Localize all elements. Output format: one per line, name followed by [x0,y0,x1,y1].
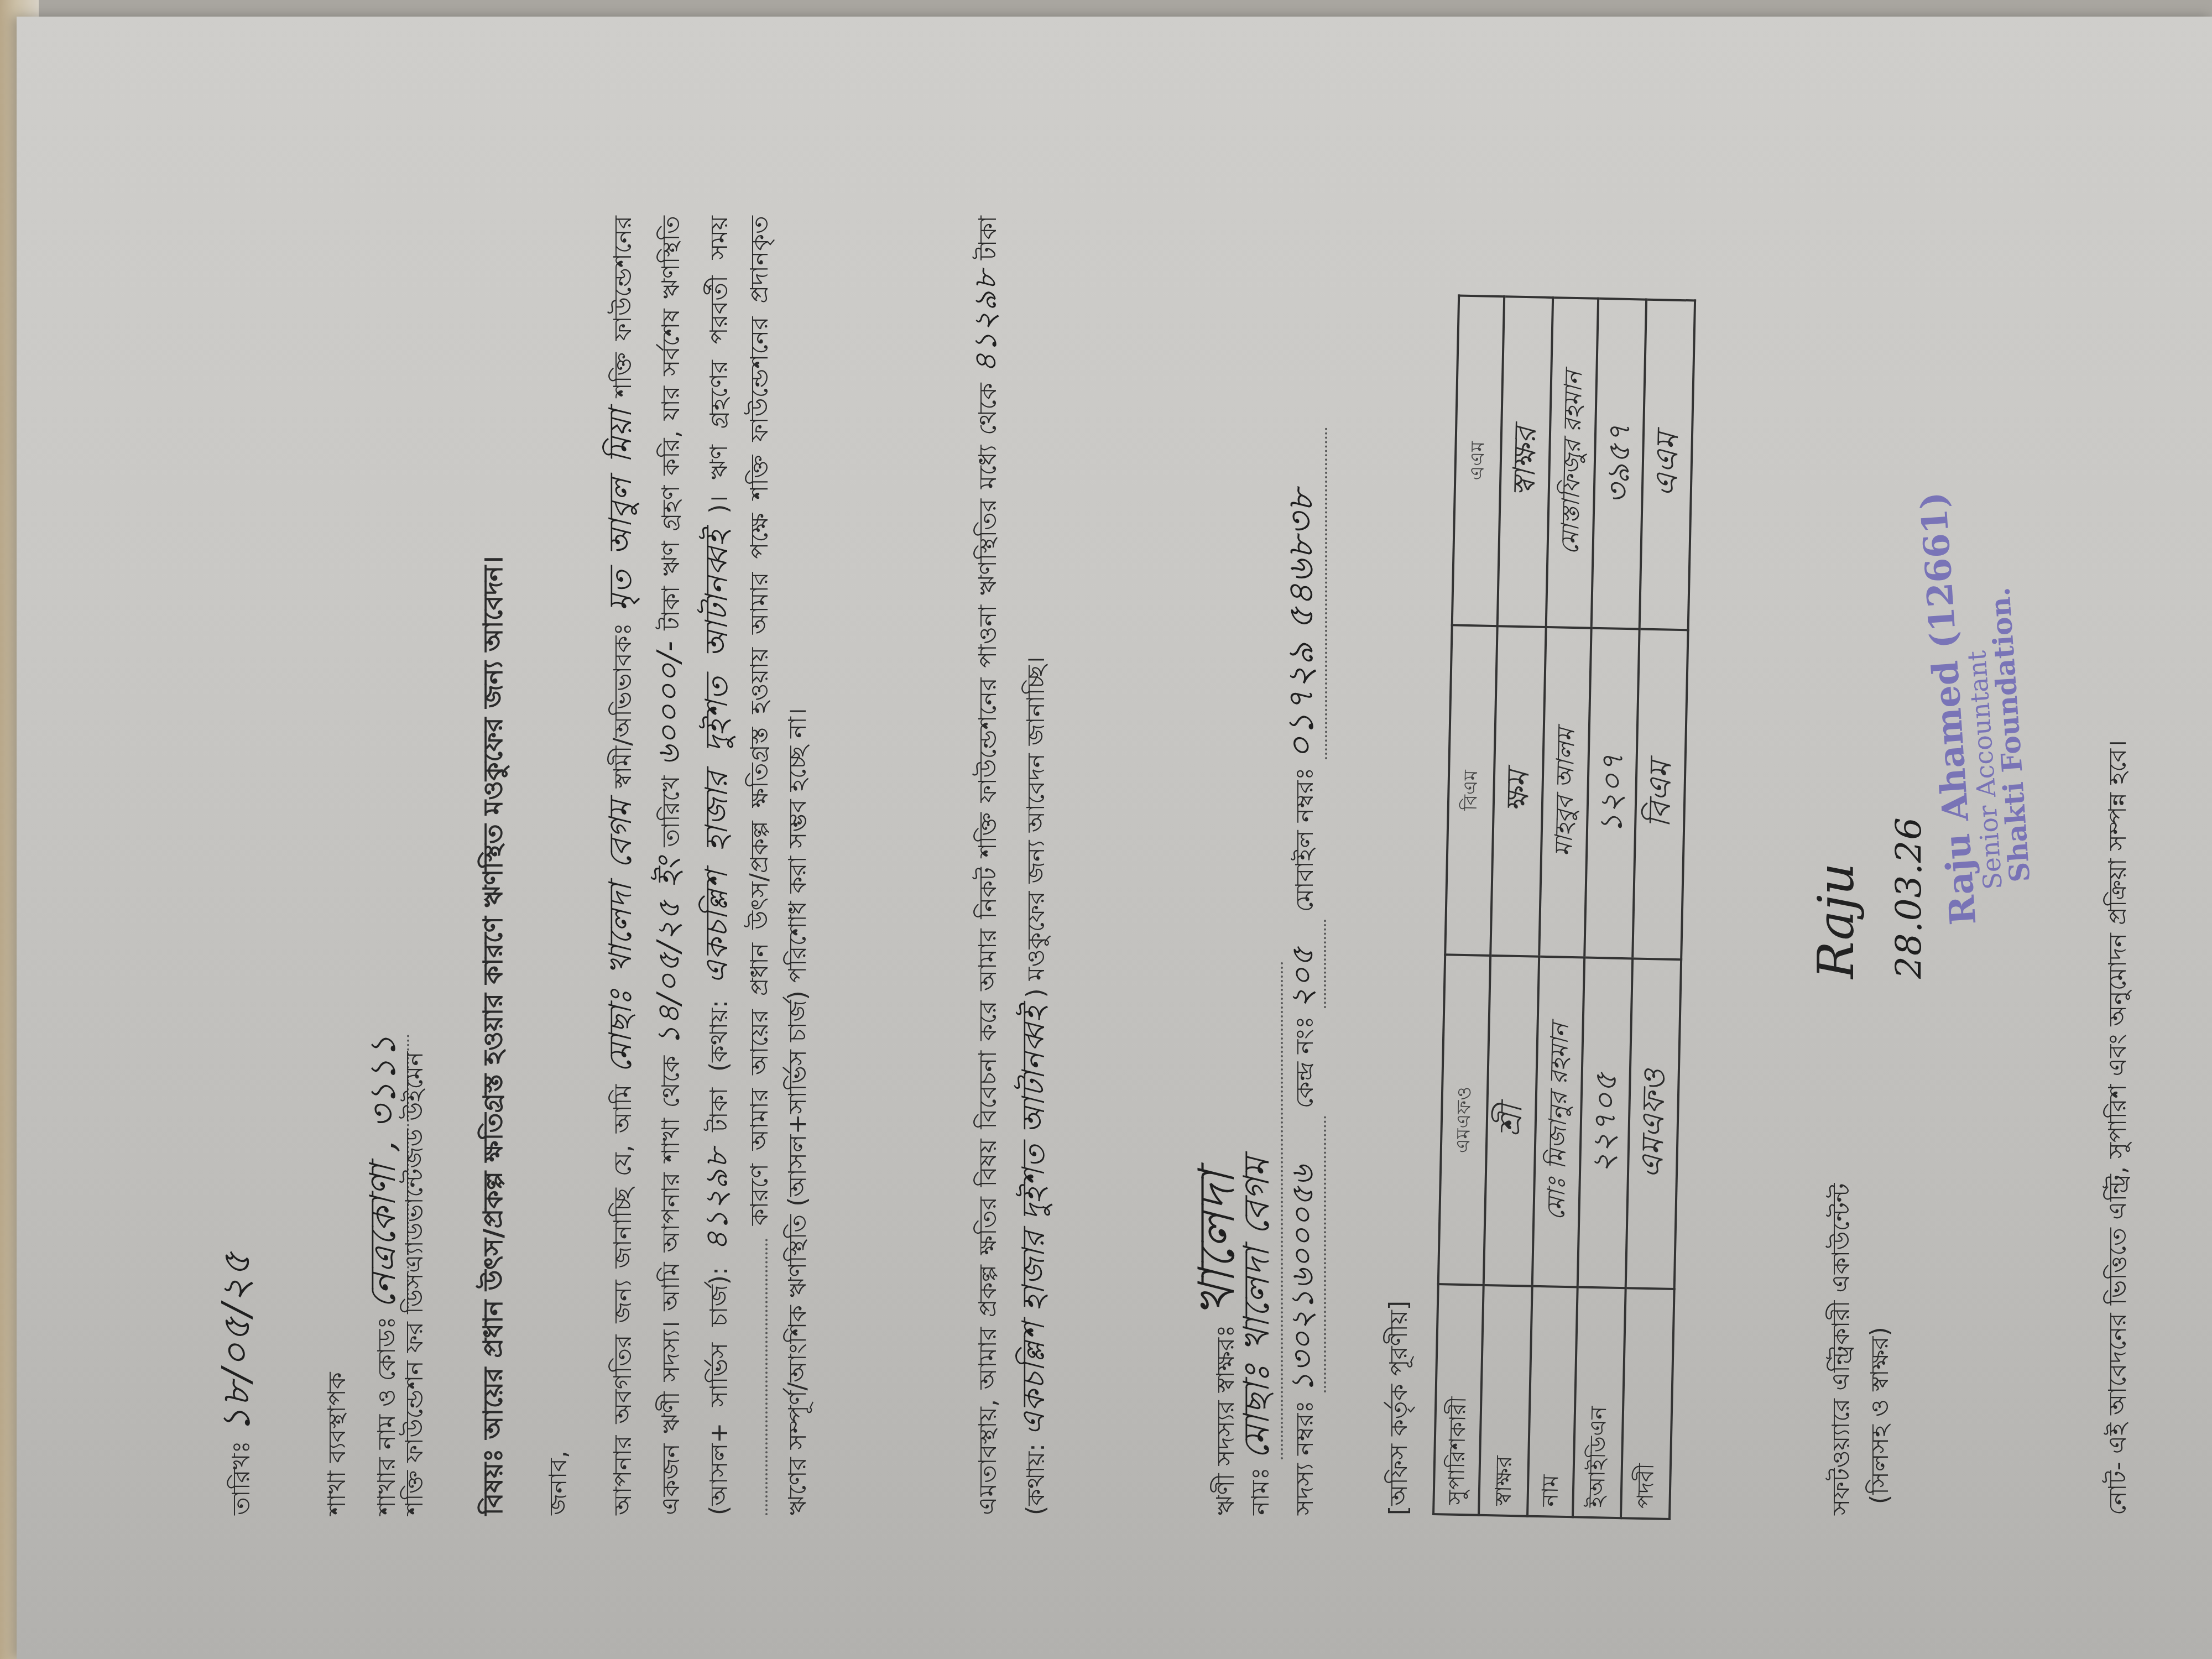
office-section-label: [অফিস কর্তৃক পূরণীয়] [1383,1301,1415,1515]
row-header-recommender: সুপারিশকারী [1433,1284,1484,1515]
p1-member-name: মোছাঃ খালেদা বেগম [603,800,639,1073]
row-label-signature: স্বাক্ষর [1479,1285,1532,1516]
p1-text-2: স্বামী/অভিভাবকঃ [609,623,637,788]
p1-text-1: আপনার অবগতির জন্য জানাচ্ছি যে, আমি [609,1084,637,1515]
subject-line: বিষয়ঃ আয়ের প্রধান উৎস/প্রকল্প ক্ষতিগ্র… [476,243,512,1515]
member-name-row: নামঃ মোছাঃ খালেদা বেগম [1233,962,1283,1515]
p1-reason-blank [765,1239,768,1515]
cell-bm-name: মাহবুব আলম [1539,627,1591,958]
p1-loan-date: ১৪/০৫/২৫ ইং [651,857,687,1046]
p2-text-1: এমতাবস্থায়, আমার প্রকল্প ক্ষতির বিষয় ব… [974,383,1002,1515]
date-label: তারিখঃ [227,1441,255,1515]
col-header-mfo: এমএফও [1438,954,1490,1285]
member-name-label: নামঃ [1246,1467,1275,1515]
cell-bm-signature: ক্ষম [1490,626,1546,957]
center-no-value: ২০৫ [1282,920,1326,1008]
accountant-date: 28.03.26 [1886,817,1933,979]
cell-am-designation: এএম [1640,300,1695,630]
p1-text-4: তারিখে [657,776,685,847]
cell-mfo-signature: শ্রী [1484,956,1539,1286]
paper-sheet: তারিখঃ ১৮/০৫/২৫ শাখা ব্যবস্থাপক শাখার না… [17,17,2212,1659]
col-header-bm: বিএম [1445,625,1497,956]
cell-am-signature: স্বাক্ষর [1498,296,1553,627]
member-numbers-row: সদস্য নম্বরঃ ১৩০২১৬০০০৫৬ কেন্দ্র নংঃ ২০৫… [1277,427,1327,1515]
addressee-line-1: শাখা ব্যবস্থাপক [321,1372,353,1515]
rotated-form-page: তারিখঃ ১৮/০৫/২৫ শাখা ব্যবস্থাপক শাখার না… [100,122,2201,1615]
p1-balance-words: একচল্লিশ হাজার দুইশত আটানব্বই [699,530,735,984]
member-no-value: ১৩০২১৬০০০৫৬ [1282,1116,1326,1392]
paragraph-1: আপনার অবগতির জন্য জানাচ্ছি যে, আমি মোছাঃ… [597,216,817,1515]
cell-mfo-eidn: ২২৭০৫ [1577,958,1632,1288]
p1-loan-amount: ৬০০০০/- [651,640,687,766]
footer-note: নোট- এই আবেদনের ভিত্তিতে এন্ট্রি, সুপারি… [2101,188,2134,1515]
accountant-signature: Raju [1803,863,1870,979]
cell-mfo-designation: এমএফও [1626,958,1681,1289]
row-label-designation: পদবী [1621,1288,1674,1519]
row-label-name: নাম [1527,1286,1578,1517]
center-no-label: কেন্দ্র নংঃ [1291,1016,1319,1108]
cell-mfo-name: মোঃ মিজানুর রহমান [1532,957,1584,1287]
accountant-label: সফটওয়্যারে এন্ট্রিকারী একাউন্টেন্ট [1825,1183,1858,1515]
office-recommendation-table: সুপারিশকারী এমএফও বিএম এএম স্বাক্ষর শ্রী… [1432,294,1696,1520]
row-label-eidn: ইআইডিএন [1573,1287,1626,1518]
p2-text-3: ) মওকুফের জন্য আবেদন জানাচ্ছি। [1022,656,1050,998]
p1-guardian: মৃত আবুল মিয়া [603,409,639,611]
p1-balance: ৪১২৯৮ [699,1148,735,1251]
p1-text-8: কারণে আমার আয়ের প্রধান উৎস/প্রকল্প ক্ষত… [745,216,811,1515]
p2-waiver-words: একচল্লিশ হাজার দুইশত আটানব্বই [1016,1005,1052,1436]
mobile-label: মোবাইল নম্বরঃ [1291,767,1319,912]
salutation: জনাব, [542,1451,575,1515]
branch-label: শাখার নাম ও কোডঃ [373,1316,401,1515]
p2-waiver-amount: ৪১২৯৮ [968,270,1004,373]
member-no-label: সদস্য নম্বরঃ [1291,1400,1319,1515]
paragraph-2: এমতাবস্থায়, আমার প্রকল্প ক্ষতির বিষয় ব… [962,216,1058,1515]
addressee-line-3: শক্তি ফাউন্ডেশন ফর ডিসএ্যাডভান্টেজড উইমে… [398,1051,431,1515]
cell-bm-designation: বিএম [1632,629,1688,959]
col-header-am: এএম [1452,296,1504,627]
mobile-value: ০১৭২৯ ৫৪৬৮৩৮ [1277,427,1327,759]
p1-text-6: টাকা (কথায়: [705,1000,733,1132]
cell-am-name: মোস্তাফিজুর রহমান [1546,298,1598,628]
accountant-sublabel: (সিলসহ ও স্বাক্ষর) [1864,1327,1896,1504]
cell-bm-eidn: ১২০৭ [1584,628,1640,959]
cell-am-eidn: ৩৯৫৭ [1591,299,1646,629]
p1-text-7: )। ঋণ গ্রহণের পরবর্তী সময় [705,216,733,514]
member-name-value: মোছাঃ খালেদা বেগম [1233,962,1283,1459]
date-value: ১৮/০৫/২৫ [213,1251,259,1433]
date-line: তারিখঃ ১৮/০৫/২৫ [210,1251,263,1515]
